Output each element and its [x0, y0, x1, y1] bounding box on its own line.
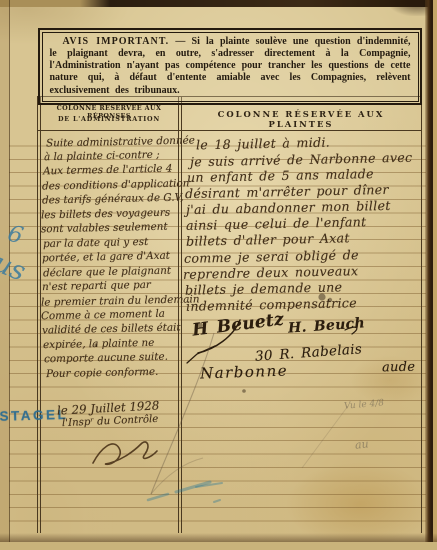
important-notice-inner-border: AVIS IMPORTANT. — Si la plainte soulève … — [42, 32, 419, 102]
column-divider — [178, 96, 179, 533]
table-right-border — [421, 96, 422, 533]
header-bottom-line — [37, 130, 422, 131]
complaint-form-page: AVIS IMPORTANT. — Si la plainte soulève … — [0, 0, 437, 550]
page-right-edge — [425, 0, 433, 550]
notice-title: AVIS IMPORTANT. — [63, 36, 170, 47]
pencil-annotation-2: au — [354, 437, 369, 451]
admin-response-line: Pour copie conforme. — [46, 366, 159, 380]
admin-response-line: à la plainte ci-contre ; — [44, 149, 160, 163]
admin-column-header-line2: DE L'ADMINISTRATION — [42, 115, 176, 123]
admin-response-line: par la date qui y est — [43, 236, 148, 250]
column-divider-inner — [181, 96, 182, 533]
important-notice-box: AVIS IMPORTANT. — Si la plainte soulève … — [38, 28, 422, 105]
page-bottom-outer-edge — [0, 542, 437, 550]
page-top-edge — [0, 0, 437, 7]
important-notice-text: AVIS IMPORTANT. — Si la plainte soulève … — [50, 36, 411, 97]
complaint-line: le 18 juillet à midi. — [196, 135, 330, 153]
table-left-border — [37, 96, 38, 533]
page-right-outer-edge — [433, 0, 437, 550]
complainant-city: Narbonne — [200, 361, 289, 382]
notice-dash: — — [175, 36, 185, 47]
complainant-department: aude — [382, 360, 416, 376]
admin-response-line: n'est reparti que par — [42, 279, 151, 293]
complaints-column-header: COLONNE RÉSERVÉE AUX PLAINTES — [183, 109, 419, 129]
admin-response-line: expirée, la plainte ne — [43, 337, 155, 351]
